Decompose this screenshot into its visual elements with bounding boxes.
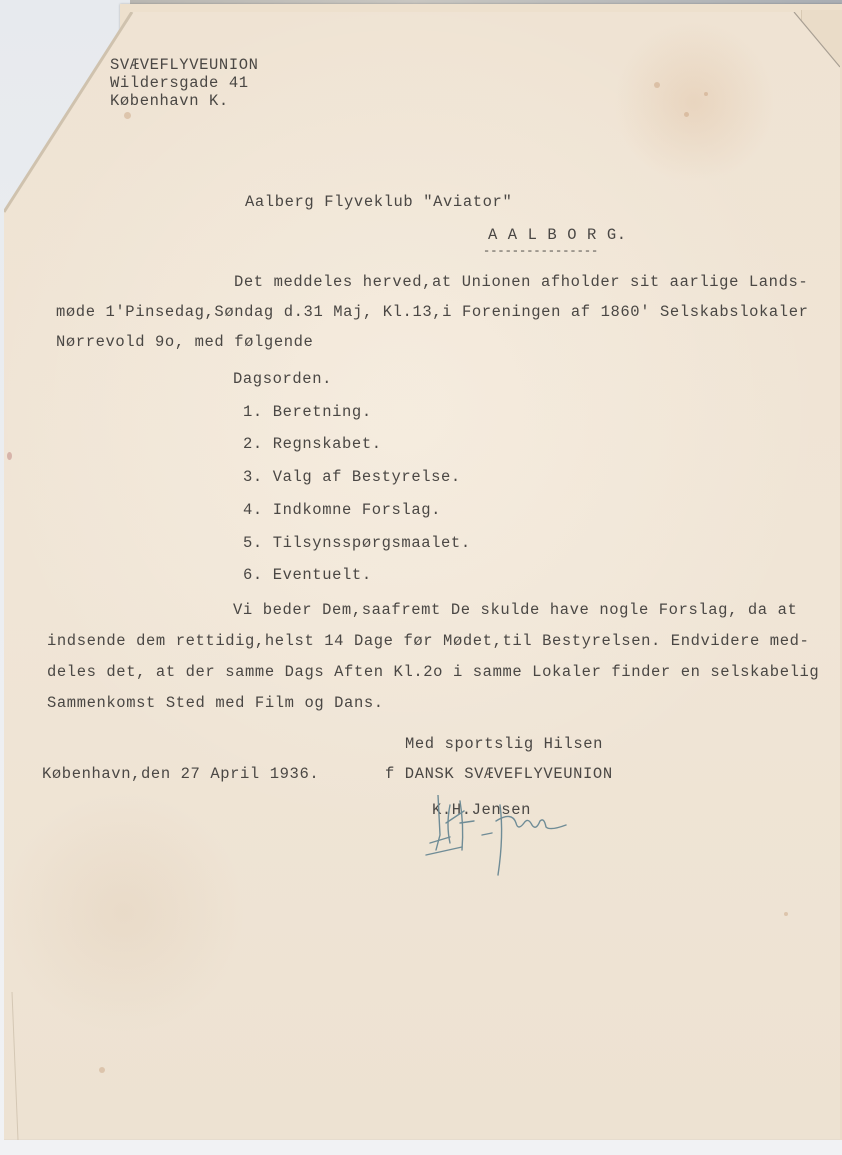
agenda-title: Dagsorden. [233, 372, 332, 388]
agenda-item: 4. Indkomne Forslag. [243, 503, 441, 519]
agenda-item: 1. Beretning. [243, 405, 372, 421]
para1-line3: Nørrevold 9o, med følgende [56, 335, 313, 351]
place-date: København,den 27 April 1936. [42, 767, 319, 783]
foxing-spot [99, 1067, 105, 1073]
foxing-spot [124, 112, 131, 119]
recipient-city-underline: ---------------- [483, 244, 598, 258]
para2-line4: Sammenkomst Sted med Film og Dans. [47, 696, 384, 712]
closing-greeting: Med sportslig Hilsen [405, 737, 603, 753]
agenda-item: 2. Regnskabet. [243, 437, 382, 453]
para2-line1: Vi beder Dem,saafremt De skulde have nog… [233, 603, 797, 619]
foxing-spot [654, 82, 660, 88]
agenda-item: 5. Tilsynsspørgsmaalet. [243, 536, 471, 552]
para2-line2: indsende dem rettidig,helst 14 Dage før … [47, 634, 809, 650]
handwritten-signature [420, 795, 580, 885]
para1-line2: møde 1'Pinsedag,Søndag d.31 Maj, Kl.13,i… [56, 305, 809, 321]
para2-line3: deles det, at der samme Dags Aften Kl.2o… [47, 665, 819, 681]
recipient-city: A A L B O R G. [488, 228, 627, 244]
agenda-item: 6. Eventuelt. [243, 568, 372, 584]
letter-paper [4, 12, 840, 1140]
foxing-spot [704, 92, 708, 96]
organization-name: f DANSK SVÆVEFLYVEUNION [385, 767, 613, 783]
sender-street: Wildersgade 41 [110, 76, 249, 92]
sender-name: SVÆVEFLYVEUNION [110, 58, 259, 74]
foxing-spot [784, 912, 788, 916]
recipient-name: Aalberg Flyveklub "Aviator" [245, 195, 512, 211]
sender-city: København K. [110, 94, 229, 110]
agenda-item: 3. Valg af Bestyrelse. [243, 470, 461, 486]
para1-line1: Det meddeles herved,at Unionen afholder … [234, 275, 808, 291]
foxing-spot [7, 452, 12, 460]
foxing-spot [684, 112, 689, 117]
